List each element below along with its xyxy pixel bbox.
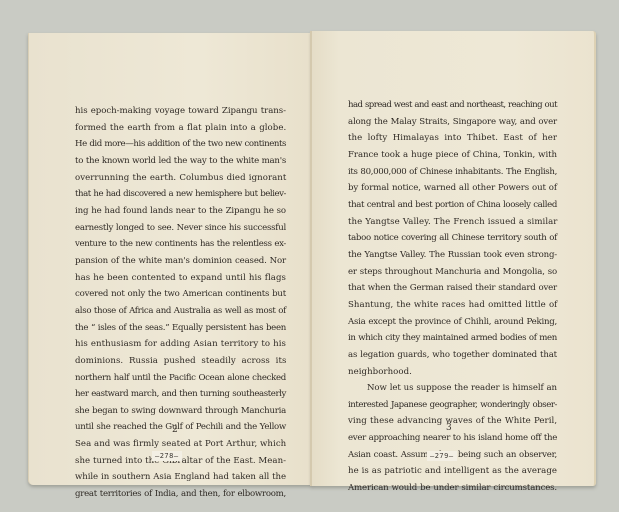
text-line: covered not only the two American contin…	[75, 286, 286, 303]
text-line: while in southern Asia England had taken…	[75, 469, 286, 486]
archive-page-label: —279—	[427, 451, 457, 461]
text-line: ing he had found lands near to the Zipan…	[75, 203, 286, 220]
text-line: ving these advancing waves of the White …	[348, 413, 557, 430]
page-number: 3	[446, 423, 452, 433]
right-page-text: had spread west and east and northeast, …	[348, 97, 557, 497]
text-line: France took a huge piece of China, Tonki…	[348, 147, 557, 164]
text-line: until she reached the Gulf of Pechili an…	[75, 419, 286, 436]
text-line: the Yangtse Valley. The Russian took eve…	[348, 247, 557, 264]
text-line: in which city they maintained armed bodi…	[348, 330, 557, 347]
text-line: her eastward march, and then turning sou…	[75, 386, 286, 403]
text-line: interested Japanese geographer, wonderin…	[348, 397, 557, 414]
text-line: has he been contented to expand until hi…	[75, 270, 286, 287]
right-page: had spread west and east and northeast, …	[311, 31, 596, 486]
text-line: er steps throughout Manchuria and Mongol…	[348, 264, 557, 281]
book-spread: his epoch-making voyage toward Zipangu t…	[28, 31, 594, 486]
text-line: she began to swing downward through Manc…	[75, 403, 286, 420]
text-line: great territories of India, and then, fo…	[75, 486, 286, 503]
text-line: his epoch-making voyage toward Zipangu t…	[75, 103, 286, 120]
left-page-text: his epoch-making voyage toward Zipangu t…	[75, 103, 286, 503]
text-line: northern half until the Pacific Ocean al…	[75, 370, 286, 387]
text-line: along the Malay Straits, Singapore way, …	[348, 114, 557, 131]
text-line: its 80,000,000 of Chinese inhabitants. T…	[348, 164, 557, 181]
text-line: that central and best portion of China l…	[348, 197, 557, 214]
archive-page-label: —278—	[152, 451, 182, 461]
text-line: had spread west and east and northeast, …	[348, 97, 557, 114]
text-line: Now let us suppose the reader is himself…	[348, 380, 557, 397]
text-line: pansion of the white man's dominion ceas…	[75, 253, 286, 270]
text-line: to the known world led the way to the wh…	[75, 153, 286, 170]
text-line: that when the German raised their standa…	[348, 280, 557, 297]
text-line: earnestly longed to see. Never since his…	[75, 220, 286, 237]
text-line: also those of Africa and Australia as we…	[75, 303, 286, 320]
text-line: he is as patriotic and intelligent as th…	[348, 463, 557, 480]
text-line: that he had discovered a new hemisphere …	[75, 186, 286, 203]
text-line: Asia except the province of Chihli, arou…	[348, 314, 557, 331]
text-line: American would be under similar circumst…	[348, 480, 557, 497]
text-line: dominions. Russia pushed steadily across…	[75, 353, 286, 370]
book-gutter	[310, 31, 312, 486]
text-line: the “ isles of the seas.” Equally persis…	[75, 320, 286, 337]
text-line: as legation guards, who together dominat…	[348, 347, 557, 364]
page-number: 2	[172, 425, 178, 435]
text-line: by formal notice, warned all other Power…	[348, 180, 557, 197]
text-line: formed the earth from a flat plain into …	[75, 120, 286, 137]
left-page: his epoch-making voyage toward Zipangu t…	[28, 33, 312, 485]
text-line: the lofty Himalayas into Thibet. East of…	[348, 130, 557, 147]
text-line: overrunning the earth. Columbus died ign…	[75, 170, 286, 187]
text-line: taboo notice covering all Chinese territ…	[348, 230, 557, 247]
text-line: venture to the new continents has the re…	[75, 236, 286, 253]
text-line: He did more—his addition of the two new …	[75, 136, 286, 153]
text-line: ever approaching nearer to his island ho…	[348, 430, 557, 447]
text-line: his enthusiasm for adding Asian territor…	[75, 336, 286, 353]
text-line: the Yangtse Valley. The French issued a …	[348, 214, 557, 231]
text-line: neighborhood.	[348, 364, 557, 381]
text-line: Shantung, the white races had omitted li…	[348, 297, 557, 314]
